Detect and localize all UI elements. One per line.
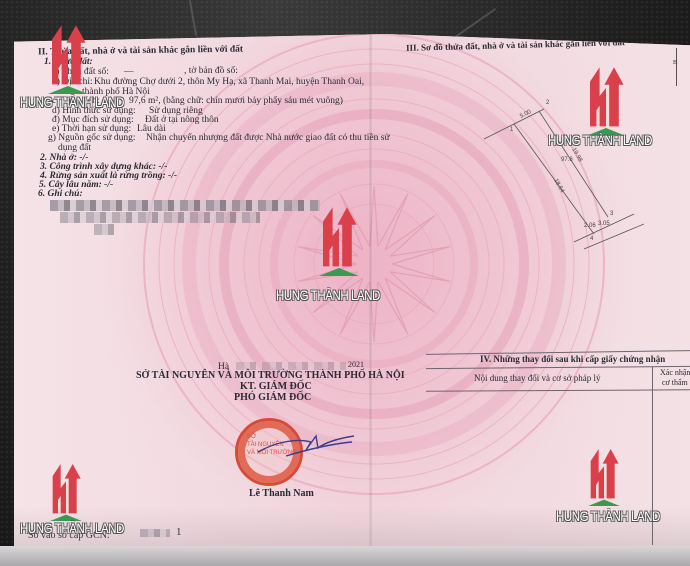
redacted-date xyxy=(236,362,346,370)
svg-text:97.6: 97.6 xyxy=(561,157,573,163)
watermark-logo xyxy=(46,455,86,521)
origin-value-line2: dụng đất xyxy=(58,143,91,153)
watermark-logo xyxy=(315,196,363,276)
origin-label: g) Nguồn gốc sử dụng: xyxy=(48,133,135,143)
area-value: 97,6 m², (bằng chữ: chín mươi bảy phẩy s… xyxy=(129,96,343,106)
redacted-notes xyxy=(94,224,114,235)
svg-text:4: 4 xyxy=(590,236,594,242)
north-arrow xyxy=(676,48,677,86)
watermark-label: HUNG THÀNH LAND xyxy=(20,94,124,110)
notes-label: 6. Ghi chú: xyxy=(38,189,83,199)
north-arrow-label: B xyxy=(673,60,677,66)
redacted-notes xyxy=(60,212,260,223)
svg-text:2.06: 2.06 xyxy=(584,223,596,229)
svg-text:3.05: 3.05 xyxy=(598,221,610,227)
watermark-logo xyxy=(584,440,624,506)
svg-text:2: 2 xyxy=(546,100,550,106)
watermark-label: HUNG THÀNH LAND xyxy=(556,508,660,524)
address-value: Khu đường Chợ dưới 2, thôn My Hạ, xã Tha… xyxy=(94,77,364,87)
column-confirmation: Xác nhận của xyxy=(660,368,690,377)
column-confirmation-line2: cơ thẩm xyxy=(662,378,688,387)
map-sheet-label: , tờ bản đồ số: xyxy=(184,66,238,76)
svg-text:3: 3 xyxy=(610,211,614,217)
watermark-logo xyxy=(582,56,630,136)
watermark-logo xyxy=(44,14,92,94)
watermark-label: HUNG THÀNH LAND xyxy=(548,132,652,148)
signer-name: Lê Thanh Nam xyxy=(249,488,314,499)
redacted-notes xyxy=(50,200,320,211)
column-changes: Nội dung thay đổi và cơ sở pháp lý xyxy=(474,373,601,383)
paper-under-sheet xyxy=(0,546,690,566)
seal-text: SỞ xyxy=(247,434,256,440)
watermark-label: HUNG THÀNH LAND xyxy=(276,287,380,303)
on-behalf-of: KT. GIÁM ĐỐC xyxy=(240,381,312,392)
section-iv-heading: IV. Những thay đổi sau khi cấp giấy chứn… xyxy=(480,354,665,364)
origin-value: Nhận chuyển nhượng đất được Nhà nước gia… xyxy=(146,133,390,143)
signature xyxy=(256,430,356,460)
watermark-label: HUNG THÀNH LAND xyxy=(20,520,124,536)
signer-title: PHÓ GIÁM ĐỐC xyxy=(234,392,311,403)
issue-year: 2021 xyxy=(348,360,364,369)
svg-text:1: 1 xyxy=(510,127,514,133)
issuing-agency: SỞ TÀI NGUYÊN VÀ MÔI TRƯỜNG THÀNH PHỐ HÀ… xyxy=(136,370,405,381)
